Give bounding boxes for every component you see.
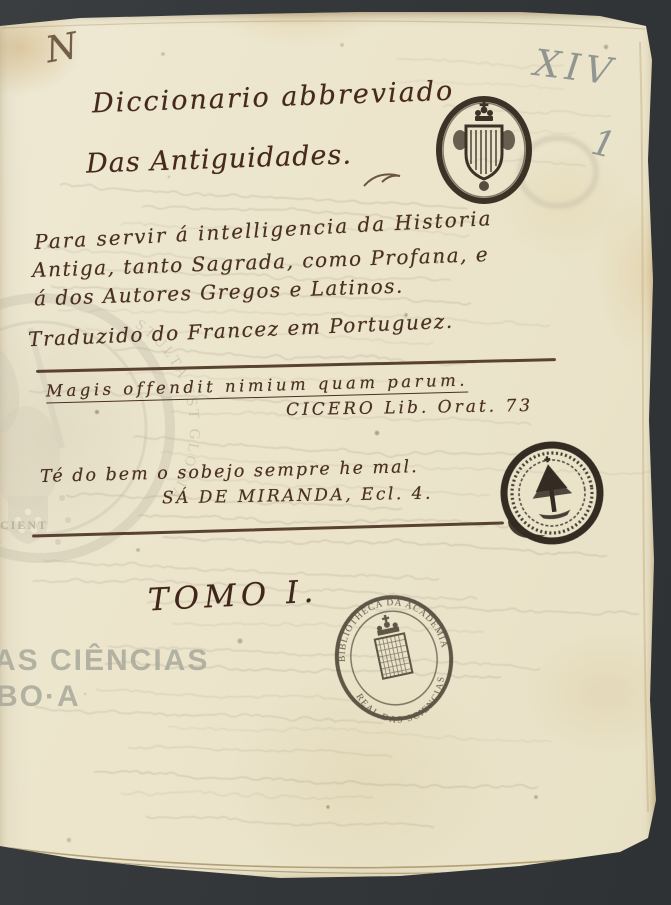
page-edge-lines	[0, 12, 658, 884]
manuscript-page: STULTA EST GLORIA N XIV 1 Diccionario ab…	[0, 12, 658, 884]
